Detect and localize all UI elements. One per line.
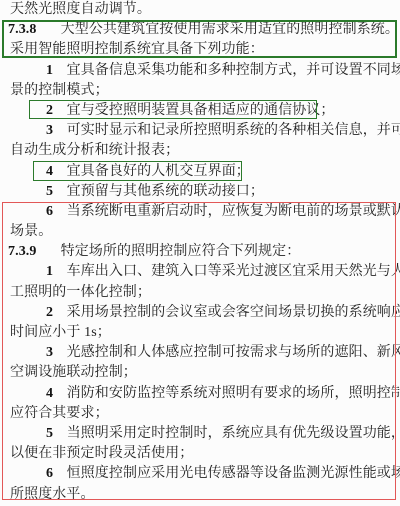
clause-number: 2 <box>46 101 55 121</box>
clause-number: 5 <box>46 424 55 444</box>
text-line: 3 光感控制和人体感应控制可按需求与场所的遮阳、新风、 <box>0 343 400 363</box>
text-line: 1 车库出入口、建筑入口等采光过渡区宜采用天然光与人 <box>0 262 400 282</box>
clause-text: 时间应小于 1s； <box>10 325 111 340</box>
clause-text: 场景。 <box>10 224 52 239</box>
text-line: 所照度水平。 <box>0 485 400 505</box>
clause-text: 光感控制和人体感应控制可按需求与场所的遮阳、新风、 <box>67 345 400 360</box>
text-line: 4 消防和安防监控等系统对照明有要求的场所，照明控制 <box>0 384 400 404</box>
text-line: 空调设施联动控制； <box>0 363 400 383</box>
clause-text: 消防和安防监控等系统对照明有要求的场所，照明控制 <box>67 386 400 401</box>
clause-text: 景的控制模式； <box>10 83 109 98</box>
text-line: 6 恒照度控制应采用光电传感器等设备监测光源性能或场 <box>0 464 400 484</box>
clause-text: 可实时显示和记录所控照明系统的各种相关信息，并可 <box>67 123 400 138</box>
text-line: 天然光照度自动调节。 <box>0 0 400 20</box>
clause-text: 车库出入口、建筑入口等采光过渡区宜采用天然光与人 <box>67 264 400 279</box>
clause-text: 工照明的一体化控制； <box>10 285 151 300</box>
clause-number: 7.3.8 <box>8 20 50 40</box>
clause-text: 天然光照度自动调节。 <box>10 2 151 17</box>
clause-text: 采用智能照明控制系统宜具备下列功能： <box>10 42 264 57</box>
text-line: 以便在非预定时段灵活使用； <box>0 444 400 464</box>
text-line: 7.3.9 特定场所的照明控制应符合下列规定： <box>0 242 400 262</box>
text-line: 2 宜与受控照明装置具备相适应的通信协议； <box>0 101 400 121</box>
text-line: 7.3.8 大型公共建筑宜按使用需求采用适宜的照明控制系统。 <box>0 20 400 40</box>
text-line: 时间应小于 1s； <box>0 323 400 343</box>
clause-number: 2 <box>46 303 55 323</box>
clause-text: 宜与受控照明装置具备相适应的通信协议； <box>67 103 335 118</box>
clause-number: 1 <box>46 61 55 81</box>
clause-text: 采用场景控制的会议室或会客空间场景切换的系统响应 <box>67 305 400 320</box>
clause-number: 6 <box>46 202 55 222</box>
clause-text: 特定场所的照明控制应符合下列规定： <box>61 244 301 259</box>
clause-text: 所照度水平。 <box>10 487 95 502</box>
clause-text: 当照明采用定时控制时，系统应具有优先级设置功能， <box>67 426 400 441</box>
clause-text: 应符合其要求； <box>10 406 109 421</box>
clause-text: 自动生成分析和统计报表； <box>10 143 179 158</box>
text-line: 5 当照明采用定时控制时，系统应具有优先级设置功能， <box>0 424 400 444</box>
clause-text: 宜具备良好的人机交互界面； <box>67 164 250 179</box>
clause-number: 1 <box>46 262 55 282</box>
clause-text: 空调设施联动控制； <box>10 365 137 380</box>
clause-number: 7.3.9 <box>8 242 50 262</box>
text-line: 3 可实时显示和记录所控照明系统的各种相关信息，并可 <box>0 121 400 141</box>
clause-number: 3 <box>46 121 55 141</box>
clause-number: 3 <box>46 343 55 363</box>
clause-number: 5 <box>46 182 55 202</box>
text-line: 自动生成分析和统计报表； <box>0 141 400 161</box>
text-line: 1 宜具备信息采集功能和多种控制方式，并可设置不同场 <box>0 61 400 81</box>
clause-number: 6 <box>46 464 55 484</box>
text-line: 6 当系统断电重新启动时，应恢复为断电前的场景或默认 <box>0 202 400 222</box>
text-line: 5 宜预留与其他系统的联动接口； <box>0 182 400 202</box>
document-lines: 天然光照度自动调节。 7.3.8 大型公共建筑宜按使用需求采用适宜的照明控制系统… <box>0 0 400 505</box>
clause-number: 4 <box>46 162 55 182</box>
text-line: 4 宜具备良好的人机交互界面； <box>0 162 400 182</box>
text-line: 2 采用场景控制的会议室或会客空间场景切换的系统响应 <box>0 303 400 323</box>
clause-text: 以便在非预定时段灵活使用； <box>10 446 193 461</box>
text-line: 场景。 <box>0 222 400 242</box>
clause-text: 宜具备信息采集功能和多种控制方式，并可设置不同场 <box>67 63 400 78</box>
document-page: 天然光照度自动调节。 7.3.8 大型公共建筑宜按使用需求采用适宜的照明控制系统… <box>0 0 400 506</box>
text-line: 应符合其要求； <box>0 404 400 424</box>
clause-text: 当系统断电重新启动时，应恢复为断电前的场景或默认 <box>67 204 400 219</box>
clause-text: 恒照度控制应采用光电传感器等设备监测光源性能或场 <box>67 466 400 481</box>
text-line: 工照明的一体化控制； <box>0 283 400 303</box>
text-line: 景的控制模式； <box>0 81 400 101</box>
clause-text: 宜预留与其他系统的联动接口； <box>67 184 264 199</box>
clause-number: 4 <box>46 384 55 404</box>
text-line: 采用智能照明控制系统宜具备下列功能： <box>0 40 400 60</box>
clause-text: 大型公共建筑宜按使用需求采用适宜的照明控制系统。 <box>61 22 399 37</box>
